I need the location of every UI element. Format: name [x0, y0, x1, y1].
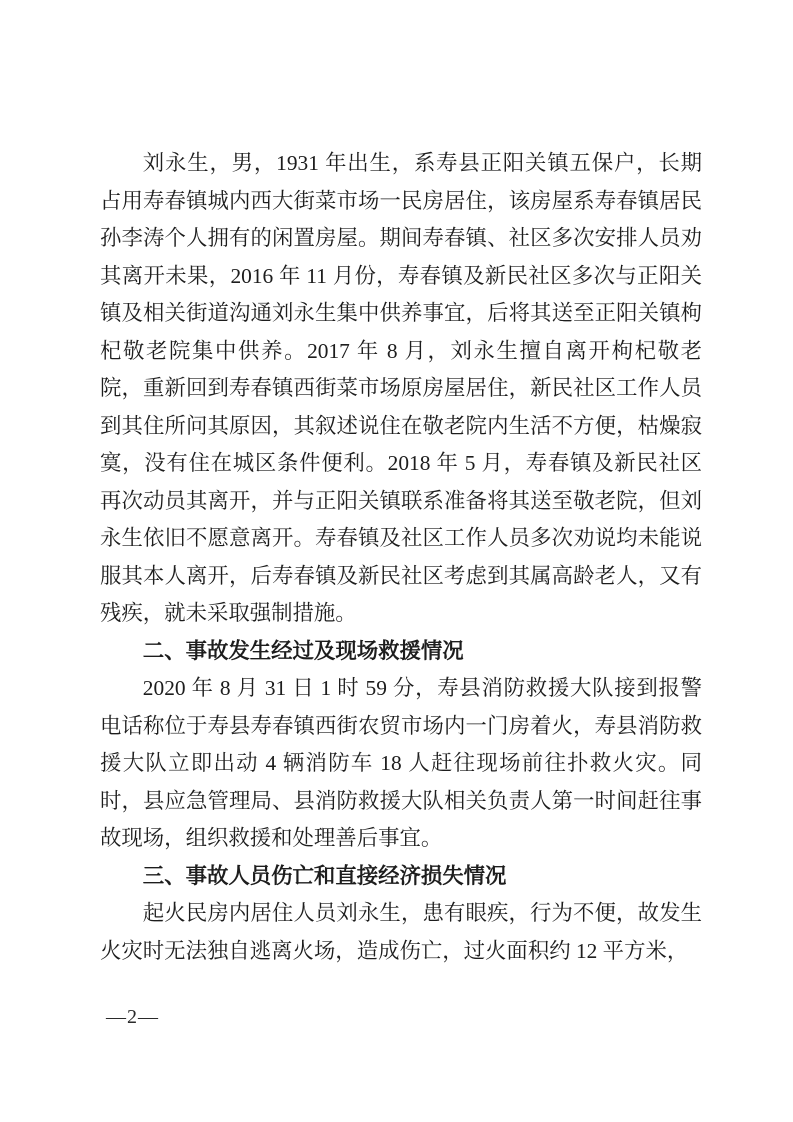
paragraph-liu-background: 刘永生，男，1931 年出生，系寿县正阳关镇五保户，长期占用寿春镇城内西大街菜市… — [100, 145, 702, 633]
section-heading-casualty-loss: 三、事故人员伤亡和直接经济损失情况 — [100, 858, 702, 896]
paragraph-casualty-loss: 起火民房内居住人员刘永生，患有眼疾，行为不便，故发生火灾时无法独自逃离火场，造成… — [100, 895, 702, 970]
document-body: 刘永生，男，1931 年出生，系寿县正阳关镇五保户，长期占用寿春镇城内西大街菜市… — [100, 145, 702, 970]
section-heading-accident-rescue: 二、事故发生经过及现场救援情况 — [100, 633, 702, 671]
document-page: 刘永生，男，1931 年出生，系寿县正阳关镇五保户，长期占用寿春镇城内西大街菜市… — [0, 0, 793, 1122]
page-number: —2— — [106, 1004, 159, 1030]
paragraph-accident-rescue: 2020 年 8 月 31 日 1 时 59 分，寿县消防救援大队接到报警电话称… — [100, 670, 702, 858]
